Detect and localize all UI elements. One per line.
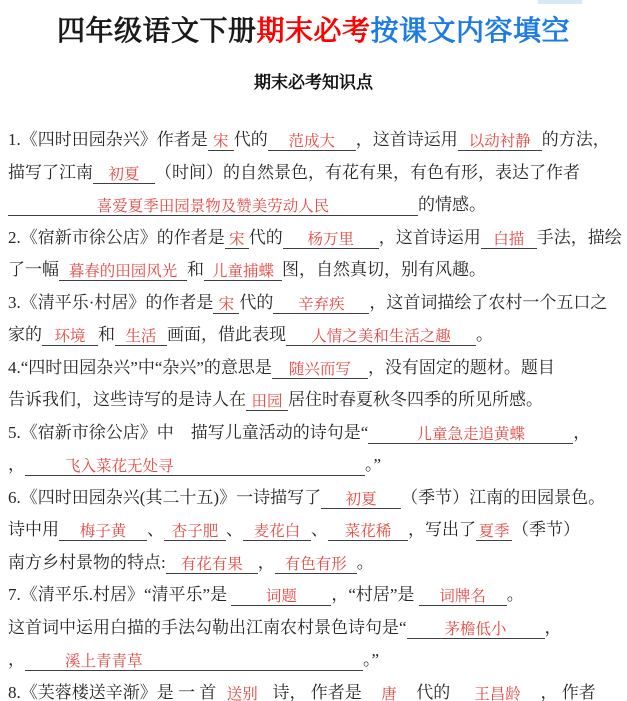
body-text: 诗中用 [8,520,59,539]
body-text: 和 [187,260,204,279]
answer-blank: 麦花白 [243,523,311,541]
body-text: 画面，借此表现 [167,325,286,344]
answer-blank: 菜花稀 [328,523,408,541]
answer-blank: 唐 [366,686,412,701]
body-text: ， [8,455,25,474]
page-subtitle: 期末必考知识点 [0,68,627,93]
text-line: 4.“四时田园杂兴”中“杂兴”的意思是随兴而写，没有固定的题材。题目 [8,352,623,385]
answer-blank: 辛弃疾 [273,296,369,314]
body-text: 。 [476,325,493,344]
body-text: 。” [365,455,381,474]
body-text: （季节） [512,520,580,539]
answer-blank: 王昌龄 [455,686,541,701]
body-text: 家的 [8,325,42,344]
body-text: 4.“四时田园杂兴”中“杂兴”的意思是 [8,358,272,377]
body-text: ，这首诗运用 [379,228,481,247]
text-line: 2.《宿新市徐公店》的作者是宋代的杨万里，这首诗运用白描手法，描绘 [8,222,623,255]
text-line: 了一幅暮春的田园风光和儿童捕蝶图，自然真切，别有风趣。 [8,254,623,287]
answer-blank: 环境 [42,328,98,346]
body-text: （时间）的自然景色，有花有果，有色有形，表达了作者 [155,163,580,182]
text-line: 这首词中运用白描的手法勾勒出江南农村景色诗句是“茅檐低小， [8,612,623,645]
body-text: ， [545,618,562,637]
text-line: 描写了江南初夏（时间）的自然景色，有花有果，有色有形，表达了作者 [8,157,623,190]
answer-blank: 有色有形 [275,556,357,574]
body-text: 、 [147,520,164,539]
answer-blank: 杨万里 [283,231,379,249]
body-text: 2.《宿新市徐公店》的作者是 [8,228,225,247]
answer-blank: 宋 [213,296,239,314]
body-text: 了一幅 [8,260,59,279]
answer-blank: 范成大 [268,133,356,151]
body-text: 和 [98,325,115,344]
body-text: 3.《清平乐·村居》的作者是 [8,293,213,312]
body-text: 代的 [239,293,273,312]
title-part-red: 期末必考 [256,14,370,47]
answer-blank: 茅檐低小 [407,621,545,639]
text-line: 家的环境和生活画面，借此表现人情之美和生活之趣。 [8,319,623,352]
text-line: 南方乡村景物的特点:有花有果，有色有形。 [8,547,623,580]
answer-blank: 暮春的田园风光 [59,263,187,281]
body-text: 描写了江南 [8,163,93,182]
body-text: （季节）江南的田园景色。 [401,488,605,507]
body-text: ， [573,423,590,442]
body-text: 的方法， [542,130,610,149]
body-text: 。” [363,650,379,669]
top-right-highlight-bar [538,0,582,4]
answer-blank: 杏子肥 [164,523,226,541]
body-text: 、 [226,520,243,539]
text-line: 1.《四时田园杂兴》作者是宋代的范成大，这首诗运用以动衬静的方法， [8,124,623,157]
answer-blank: 初夏 [321,491,401,509]
body-text: 这首词中运用白描的手法勾勒出江南农村景色诗句是“ [8,618,407,637]
body-text: 。 [357,553,374,572]
body-text: 南方乡村景物的特点: [8,553,166,572]
body-lines: 1.《四时田园杂兴》作者是宋代的范成大，这首诗运用以动衬静的方法，描写了江南初夏… [8,124,623,701]
text-line: 喜爱夏季田园景物及赞美劳动人民的情感。 [8,189,623,222]
text-line: 8.《芙蓉楼送辛渐》是 一 首送别 诗， 作者是 唐 代的 王昌龄， 作者 [8,677,623,701]
body-text: ，写出了 [408,520,476,539]
title-part-blue: 按课文内容填空 [371,14,571,47]
answer-blank: 白描 [481,231,537,249]
text-line: 7.《清平乐.村居》“清平乐”是 词题，“村居”是 词牌名。 [8,579,623,612]
body-text: 手法，描绘 [537,228,622,247]
answer-blank: 儿童捕蝶 [204,263,282,281]
body-text: ，这首诗运用 [356,130,458,149]
text-line: 诗中用梅子黄、杏子肥、麦花白、菜花稀，写出了夏季（季节） [8,514,623,547]
body-text: 代的 [412,683,455,701]
body-text: ， [8,650,25,669]
body-text: 8.《芙蓉楼送辛渐》是 一 首 [8,683,216,701]
title-part-black: 四年级语文下册 [57,14,257,47]
answer-blank: 溪上青青草 [25,653,363,671]
body-text: 诗， 作者是 [268,683,366,701]
page-title: 四年级语文下册期末必考按课文内容填空 [0,14,627,48]
answer-blank: 送别 [216,686,268,701]
answer-blank: 随兴而写 [272,361,368,379]
body-text: 代的 [249,228,283,247]
answer-blank: 初夏 [93,166,155,184]
text-line: 6.《四时田园杂兴(其二十五)》一诗描写了初夏（季节）江南的田园景色。 [8,482,623,515]
text-line: ，飞入菜花无处寻。” [8,449,623,482]
body-text: ，没有固定的题材。题目 [368,358,555,377]
answer-blank: 以动衬静 [458,133,542,151]
body-text: ，这首词描绘了农村一个五口之 [369,293,607,312]
body-text: ， 作者 [541,683,596,701]
body-text: 居住时春夏秋冬四季的所见所感。 [288,390,543,409]
answer-blank: 词题 [231,588,331,606]
answer-blank: 生活 [115,328,167,346]
answer-blank: 喜爱夏季田园景物及赞美劳动人民 [8,198,418,216]
answer-blank: 宋 [208,133,234,151]
text-line: 告诉我们，这些诗写的是诗人在田园居住时春夏秋冬四季的所见所感。 [8,384,623,417]
answer-blank: 儿童急走追黄蝶 [368,426,573,444]
answer-blank: 有花有果 [166,556,258,574]
body-text: 5.《宿新市徐公店》中 描写儿童活动的诗句是“ [8,423,368,442]
body-text: 1.《四时田园杂兴》作者是 [8,130,208,149]
body-text: ， [258,553,275,572]
answer-blank: 梅子黄 [59,523,147,541]
body-text: 代的 [234,130,268,149]
answer-blank: 人情之美和生活之趣 [286,328,476,346]
answer-blank: 词牌名 [419,588,507,606]
answer-blank: 田园 [246,393,288,411]
body-text: 的情感。 [418,195,486,214]
text-line: 5.《宿新市徐公店》中 描写儿童活动的诗句是“儿童急走追黄蝶， [8,417,623,450]
text-line: 3.《清平乐·村居》的作者是宋代的辛弃疾，这首词描绘了农村一个五口之 [8,287,623,320]
answer-blank: 飞入菜花无处寻 [25,458,365,476]
answer-blank: 夏季 [476,523,512,541]
body-text: 6.《四时田园杂兴(其二十五)》一诗描写了 [8,488,321,507]
text-line: ，溪上青青草。” [8,644,623,677]
body-text: 告诉我们，这些诗写的是诗人在 [8,390,246,409]
body-text: 。 [507,585,524,604]
body-text: 、 [311,520,328,539]
worksheet-page: { "title": { "part1": "四年级语文下册", "part2"… [0,0,627,701]
answer-blank: 宋 [225,231,249,249]
body-text: ，“村居”是 [331,585,418,604]
body-text: 图，自然真切，别有风趣。 [282,260,486,279]
body-text: 7.《清平乐.村居》“清平乐”是 [8,585,231,604]
